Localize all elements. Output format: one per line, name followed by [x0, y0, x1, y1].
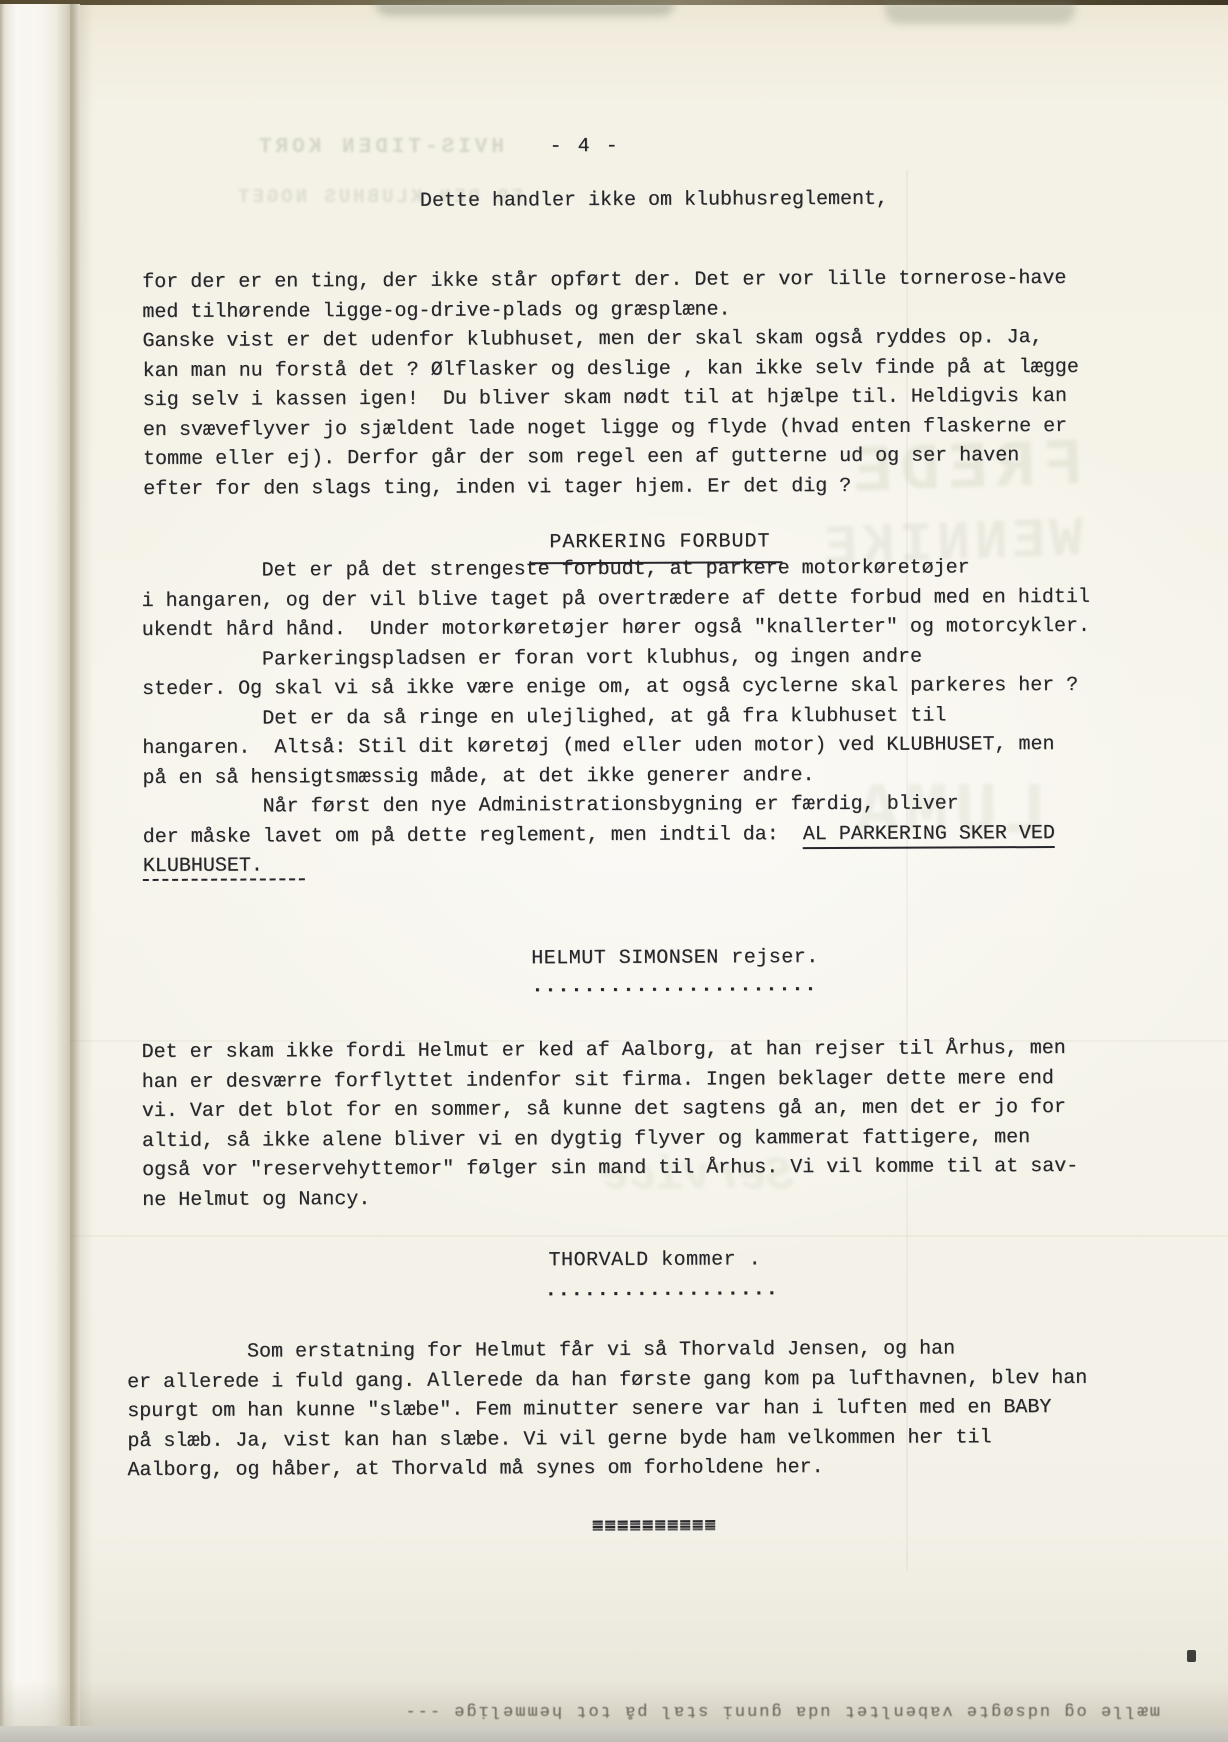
text-line: Når først den nye Administrationsbygning…: [142, 789, 1090, 823]
scanned-document-page: HVIS-TIDEN KORT ER DEN KLUBHUS NOGET FRE…: [0, 0, 1228, 1742]
text-line: med tilhørende ligge-og-drive-plads og g…: [142, 293, 1078, 327]
dotted-underline: ......................: [531, 971, 817, 1002]
typewritten-text-layer: - 4 - Dette handler ikke om klubhusregle…: [0, 0, 1228, 1742]
text-line: Som erstatning for Helmut får vi så Thor…: [127, 1334, 1087, 1368]
text-line-with-underline: der måske lavet om på dette reglement, m…: [143, 818, 1091, 852]
text-line: Det er på det strengeste forbudt, at par…: [141, 553, 1089, 587]
underlined-word: KLUBHUSET.: [143, 854, 305, 881]
scan-bottom-edge: [0, 1726, 1228, 1742]
text-line: på slæb. Ja, vist kan han slæbe. Vi vil …: [127, 1422, 1087, 1456]
text-line: i hangaren, og der vil blive taget på ov…: [142, 582, 1090, 616]
text-line: Ganske vist er det udenfor klubhuset, me…: [142, 323, 1078, 357]
text-line: kan man nu forstå det ? Ølflasker og des…: [143, 352, 1079, 386]
end-divider: ==========: [592, 1512, 717, 1542]
paragraph-helmut: Det er skam ikke fordi Helmut er ked af …: [142, 1034, 1079, 1215]
paragraph-parkering: Det er på det strengeste forbudt, at par…: [141, 553, 1091, 882]
text-line: ukendt hård hånd. Under motorkøretøjer h…: [142, 612, 1090, 646]
text-line: han er desværre forflyttet indenfor sit …: [142, 1063, 1078, 1097]
text-line: efter for den slags ting, inden vi tager…: [143, 470, 1079, 504]
text-line: en svæveflyver jo sjældent lade noget li…: [143, 411, 1079, 445]
section-heading-helmut: HELMUT SIMONSEN rejser.: [531, 943, 819, 974]
text-line-with-underline: KLUBHUSET.: [143, 848, 1091, 882]
ink-speck: [1187, 1650, 1196, 1662]
opening-line: Dette handler ikke om klubhusreglement,: [420, 185, 888, 217]
text-line: Aalborg, og håber, at Thorvald må synes …: [127, 1452, 1087, 1486]
text-line: altid, så ikke alene bliver vi en dygtig…: [142, 1122, 1078, 1156]
text-line: Det er da så ringe en ulejlighed, at gå …: [142, 700, 1090, 734]
text-line: også vor "reservehyttemor" følger sin ma…: [142, 1152, 1078, 1186]
text-line: ne Helmut og Nancy.: [142, 1181, 1078, 1215]
text-line: hangaren. Altså: Stil dit køretøj (med e…: [142, 730, 1090, 764]
text-line: spurgt om han kunne "slæbe". Fem minutte…: [127, 1393, 1087, 1427]
page-number: - 4 -: [0, 130, 1170, 165]
text-line: vi. Var det blot for en sommer, så kunne…: [142, 1093, 1078, 1127]
scan-bottom-shadow: [0, 1680, 1228, 1726]
text-line: sig selv i kassen igen! Du bliver skam n…: [143, 382, 1079, 416]
dotted-underline: ..................: [545, 1275, 779, 1306]
text-line: for der er en ting, der ikke står opført…: [142, 264, 1078, 298]
underlined-phrase: AL PARKERING SKER VED: [803, 822, 1055, 849]
paragraph-klubhus: for der er en ting, der ikke står opført…: [142, 264, 1079, 504]
text-line: Parkeringspladsen er foran vort klubhus,…: [142, 641, 1090, 675]
text-line: tomme eller ej). Derfor går der som rege…: [143, 441, 1079, 475]
section-heading-thorvald: THORVALD kommer .: [548, 1245, 761, 1275]
text-segment: der måske lavet om på dette reglement, m…: [143, 823, 803, 849]
text-line: på en så hensigtsmæssig måde, at det ikk…: [142, 759, 1090, 793]
text-line: er allerede i fuld gang. Allerede da han…: [127, 1363, 1087, 1397]
text-line: steder. Og skal vi så ikke være enige om…: [142, 671, 1090, 705]
paragraph-thorvald: Som erstatning for Helmut får vi så Thor…: [127, 1334, 1088, 1486]
text-line: Det er skam ikke fordi Helmut er ked af …: [142, 1034, 1078, 1068]
